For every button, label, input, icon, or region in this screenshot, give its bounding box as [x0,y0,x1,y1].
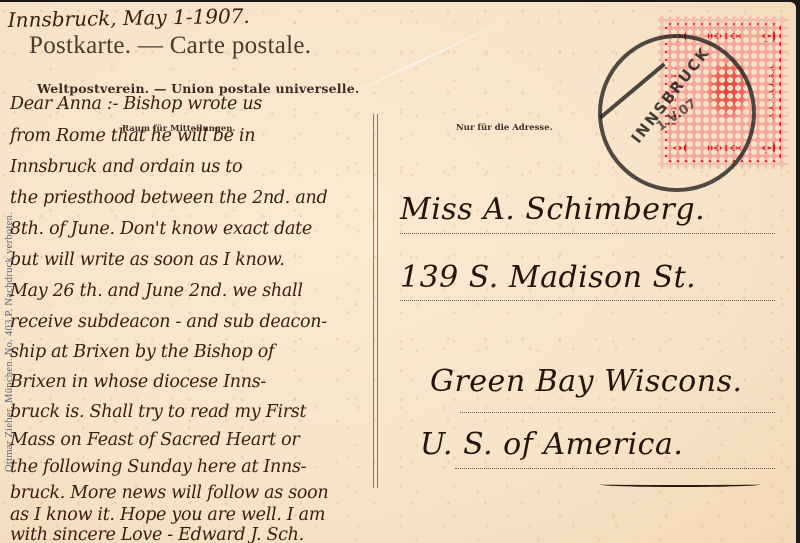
message-line: Innsbruck and ordain us to [10,157,242,177]
message-line: as I know it. Hope you are well. I am [10,505,325,525]
address-dotted-line [460,412,775,413]
card-title: Postkarte. — Carte postale. [29,32,311,60]
postcard: Innsbruck, May 1-1907. Postkarte. — Cart… [0,2,796,543]
message-line: with sincere Love - Edward J. Sch. [10,525,304,543]
stamp-value-br: 10 [759,138,776,158]
postmark-city: INNSBRUCK [627,43,713,147]
message-line: the following Sunday here at Inns- [10,457,306,477]
stamp-right-text: OESTERR.POST. [767,63,775,119]
message-line: ship at Brixen by the Bishop of [10,342,274,362]
address-dotted-line [400,233,775,234]
message-line: bruck is. Shall try to read my First [10,402,306,422]
message-line: 8th. of June. Don't know exact date [10,219,312,239]
address-line-city: Green Bay Wiscons. [430,364,743,399]
message-line: Mass on Feast of Sacred Heart or [10,430,299,450]
address-line-country: U. S. of America. [420,427,683,462]
address-area-label: Nur für die Adresse. [456,123,553,133]
postmark: INNSBRUCK 1.V.07 [598,34,756,192]
message-address-divider [373,114,378,488]
message-line: from Rome that he will be in [10,126,255,146]
message-line: Brixen in whose diocese Inns- [10,372,266,392]
stamp-currency-top: HELLER [707,32,742,41]
message-line: receive subdeacon - and sub deacon- [10,312,327,332]
address-line-street: 139 S. Madison St. [400,260,696,295]
address-dotted-line [455,468,775,469]
message-line: but will write as soon as I know. [10,250,285,270]
address-dotted-line [400,300,775,301]
message-line: May 26 th. and June 2nd. we shall [10,281,303,301]
handwritten-date: Innsbruck, May 1-1907. [8,4,250,32]
message-line: the priesthood between the 2nd. and [10,188,327,208]
country-underline [600,482,760,487]
message-line: Dear Anna :- Bishop wrote us [10,94,262,114]
stamp-value-tr: 10 [759,27,776,47]
address-line-name: Miss A. Schimberg. [400,192,705,227]
message-line: bruck. More news will follow as soon [10,483,328,503]
